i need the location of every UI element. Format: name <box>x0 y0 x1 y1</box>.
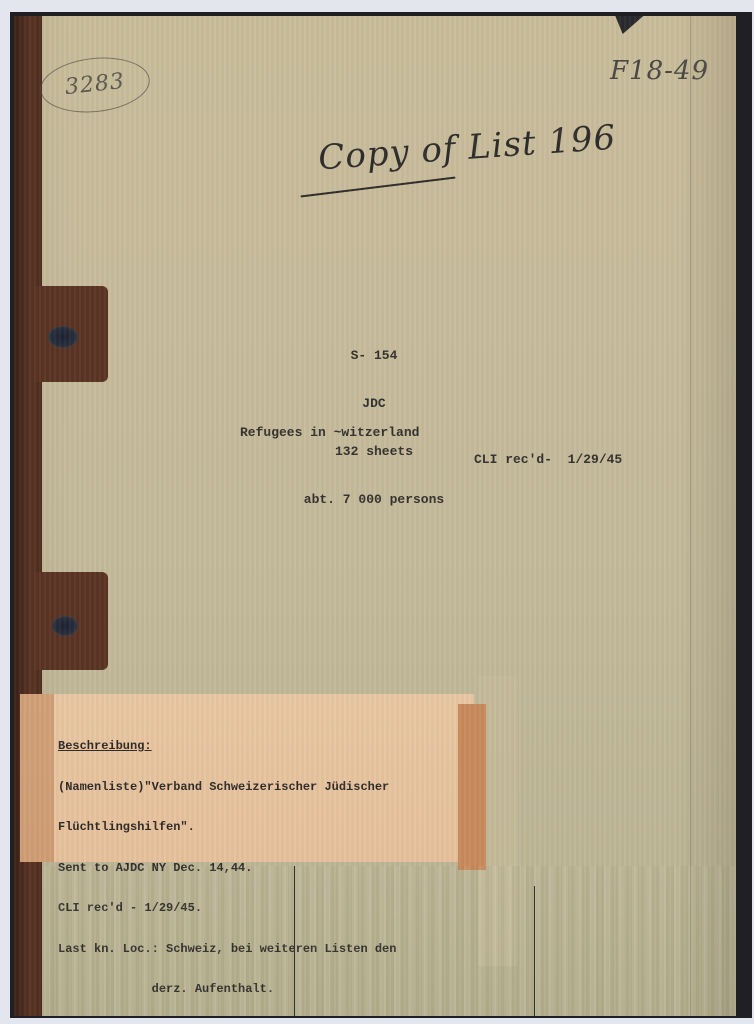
binder-tab-bottom <box>34 572 108 670</box>
tape-right <box>458 704 486 870</box>
subject-line: Refugees in ~witzerland <box>240 425 419 441</box>
typed-header-line: abt. 7 000 persons <box>284 492 464 508</box>
typed-header-line: 132 sheets <box>284 444 464 460</box>
punch-hole-icon <box>48 326 78 348</box>
reference-number: F18-49 <box>610 56 709 86</box>
handwritten-title: Copy of List 196 <box>317 118 617 179</box>
typed-header-line: S- 154 <box>284 348 464 364</box>
tape-left <box>20 694 54 862</box>
crack <box>294 866 295 1016</box>
catalog-number: 3283 <box>37 52 152 117</box>
label-line: (Namenliste)"Verband Schweizerischer Jüd… <box>58 781 396 795</box>
binder-spine <box>14 16 42 1016</box>
typed-header-line: JDC <box>284 396 464 412</box>
title-underline <box>300 177 455 198</box>
label-heading: Beschreibung: <box>58 740 396 754</box>
binder-tab-top <box>34 286 108 382</box>
label-line: Flüchtlingshilfen". <box>58 821 396 835</box>
received-date: CLI rec'd- 1/29/45 <box>474 452 622 468</box>
worn-bottom-area <box>44 866 736 1016</box>
crack <box>534 886 535 1016</box>
corner-tab <box>609 16 644 34</box>
description-label: Beschreibung: (Namenliste)"Verband Schwe… <box>20 694 474 862</box>
file-cover: 3283 F18-49 Copy of List 196 S- 154 JDC … <box>14 16 736 1016</box>
punch-hole-icon <box>52 616 78 636</box>
